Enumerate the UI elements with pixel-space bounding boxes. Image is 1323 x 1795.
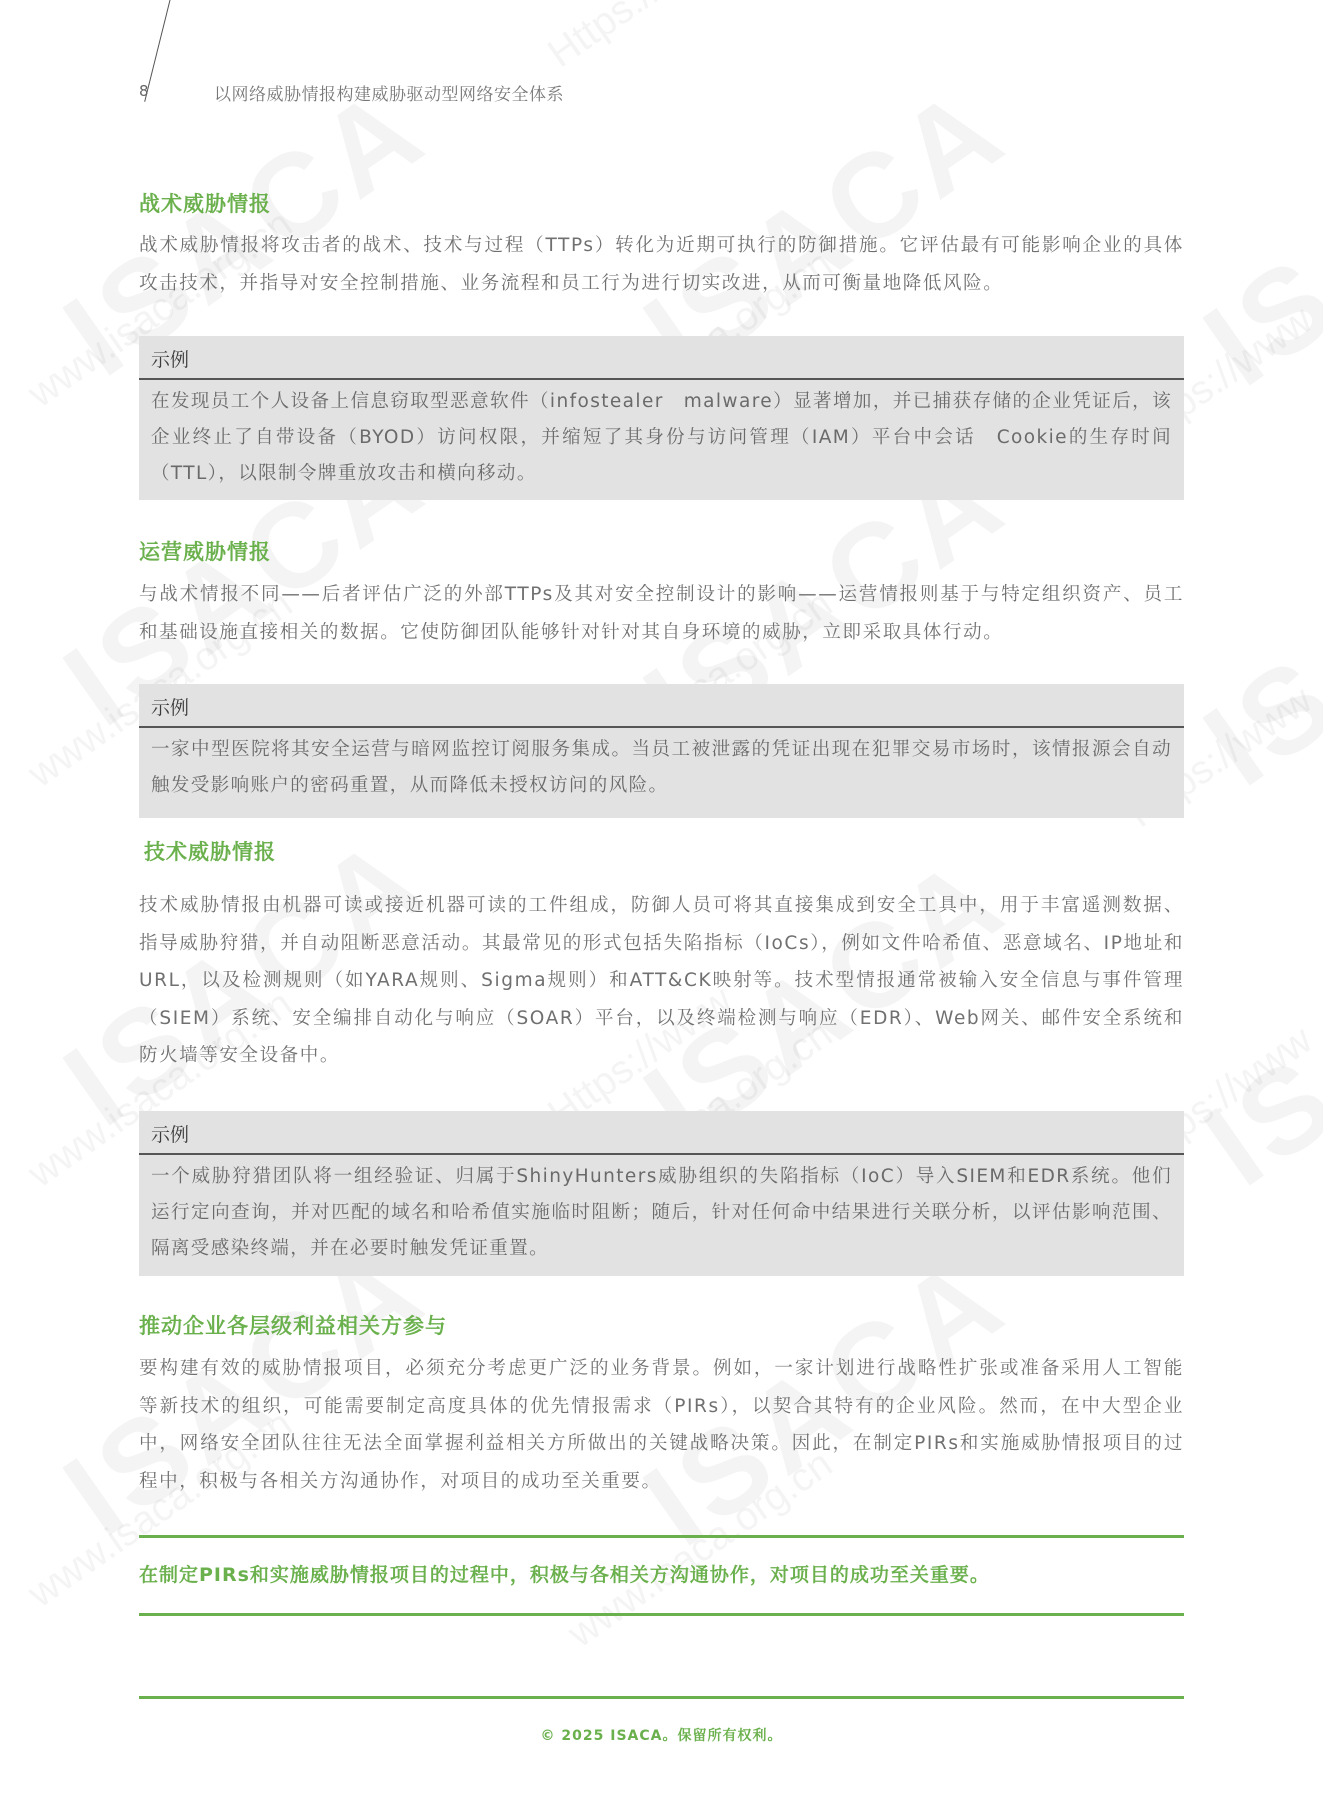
section-body-tactical: 战术威胁情报将攻击者的战术、技术与过程（TTPs）转化为近期可执行的防御措施。它…: [139, 227, 1184, 302]
example-title: 示例: [139, 684, 1184, 728]
example-box-tactical: 示例 在发现员工个人设备上信息窃取型恶意软件（infostealer malwa…: [139, 336, 1184, 500]
example-body: 一家中型医院将其安全运营与暗网监控订阅服务集成。当员工被泄露的凭证出现在犯罪交易…: [139, 728, 1184, 812]
section-heading-tactical: 战术威胁情报: [139, 188, 271, 218]
watermark-isaca: ISACA: [1180, 469, 1323, 813]
copyright-footer: © 2025 ISACA。保留所有权利。: [0, 1725, 1323, 1745]
callout-quote: 在制定PIRs和实施威胁情报项目的过程中，积极与各相关方沟通协作，对项目的成功至…: [139, 1560, 990, 1587]
watermark-isaca: ISACA: [1180, 869, 1323, 1213]
section-body-technical: 技术威胁情报由机器可读或接近机器可读的工件组成，防御人员可将其直接集成到安全工具…: [139, 887, 1184, 1075]
example-box-operational: 示例 一家中型医院将其安全运营与暗网监控订阅服务集成。当员工被泄露的凭证出现在犯…: [139, 684, 1184, 818]
watermark-https: Https://www: [540, 0, 741, 77]
callout-top-rule: [139, 1535, 1184, 1538]
section-body-stakeholders: 要构建有效的威胁情报项目，必须充分考虑更广泛的业务背景。例如，一家计划进行战略性…: [139, 1350, 1184, 1500]
section-body-operational: 与战术情报不同——后者评估广泛的外部TTPs及其对安全控制设计的影响——运营情报…: [139, 576, 1184, 651]
example-body: 一个威胁狩猎团队将一组经验证、归属于ShinyHunters威胁组织的失陷指标（…: [139, 1155, 1184, 1275]
example-title: 示例: [139, 336, 1184, 380]
section-heading-stakeholders: 推动企业各层级利益相关方参与: [139, 1310, 447, 1340]
footer-rule: [139, 1696, 1184, 1699]
example-title: 示例: [139, 1111, 1184, 1155]
example-body: 在发现员工个人设备上信息窃取型恶意软件（infostealer malware）…: [139, 380, 1184, 500]
running-title: 以网络威胁情报构建威胁驱动型网络安全体系: [214, 80, 564, 105]
callout-bottom-rule: [139, 1613, 1184, 1616]
example-box-technical: 示例 一个威胁狩猎团队将一组经验证、归属于ShinyHunters威胁组织的失陷…: [139, 1111, 1184, 1276]
section-heading-technical: 技术威胁情报: [144, 836, 276, 866]
section-heading-operational: 运营威胁情报: [139, 536, 271, 566]
watermark-isaca: ISACA: [1180, 69, 1323, 413]
page-number: 8: [139, 82, 149, 100]
